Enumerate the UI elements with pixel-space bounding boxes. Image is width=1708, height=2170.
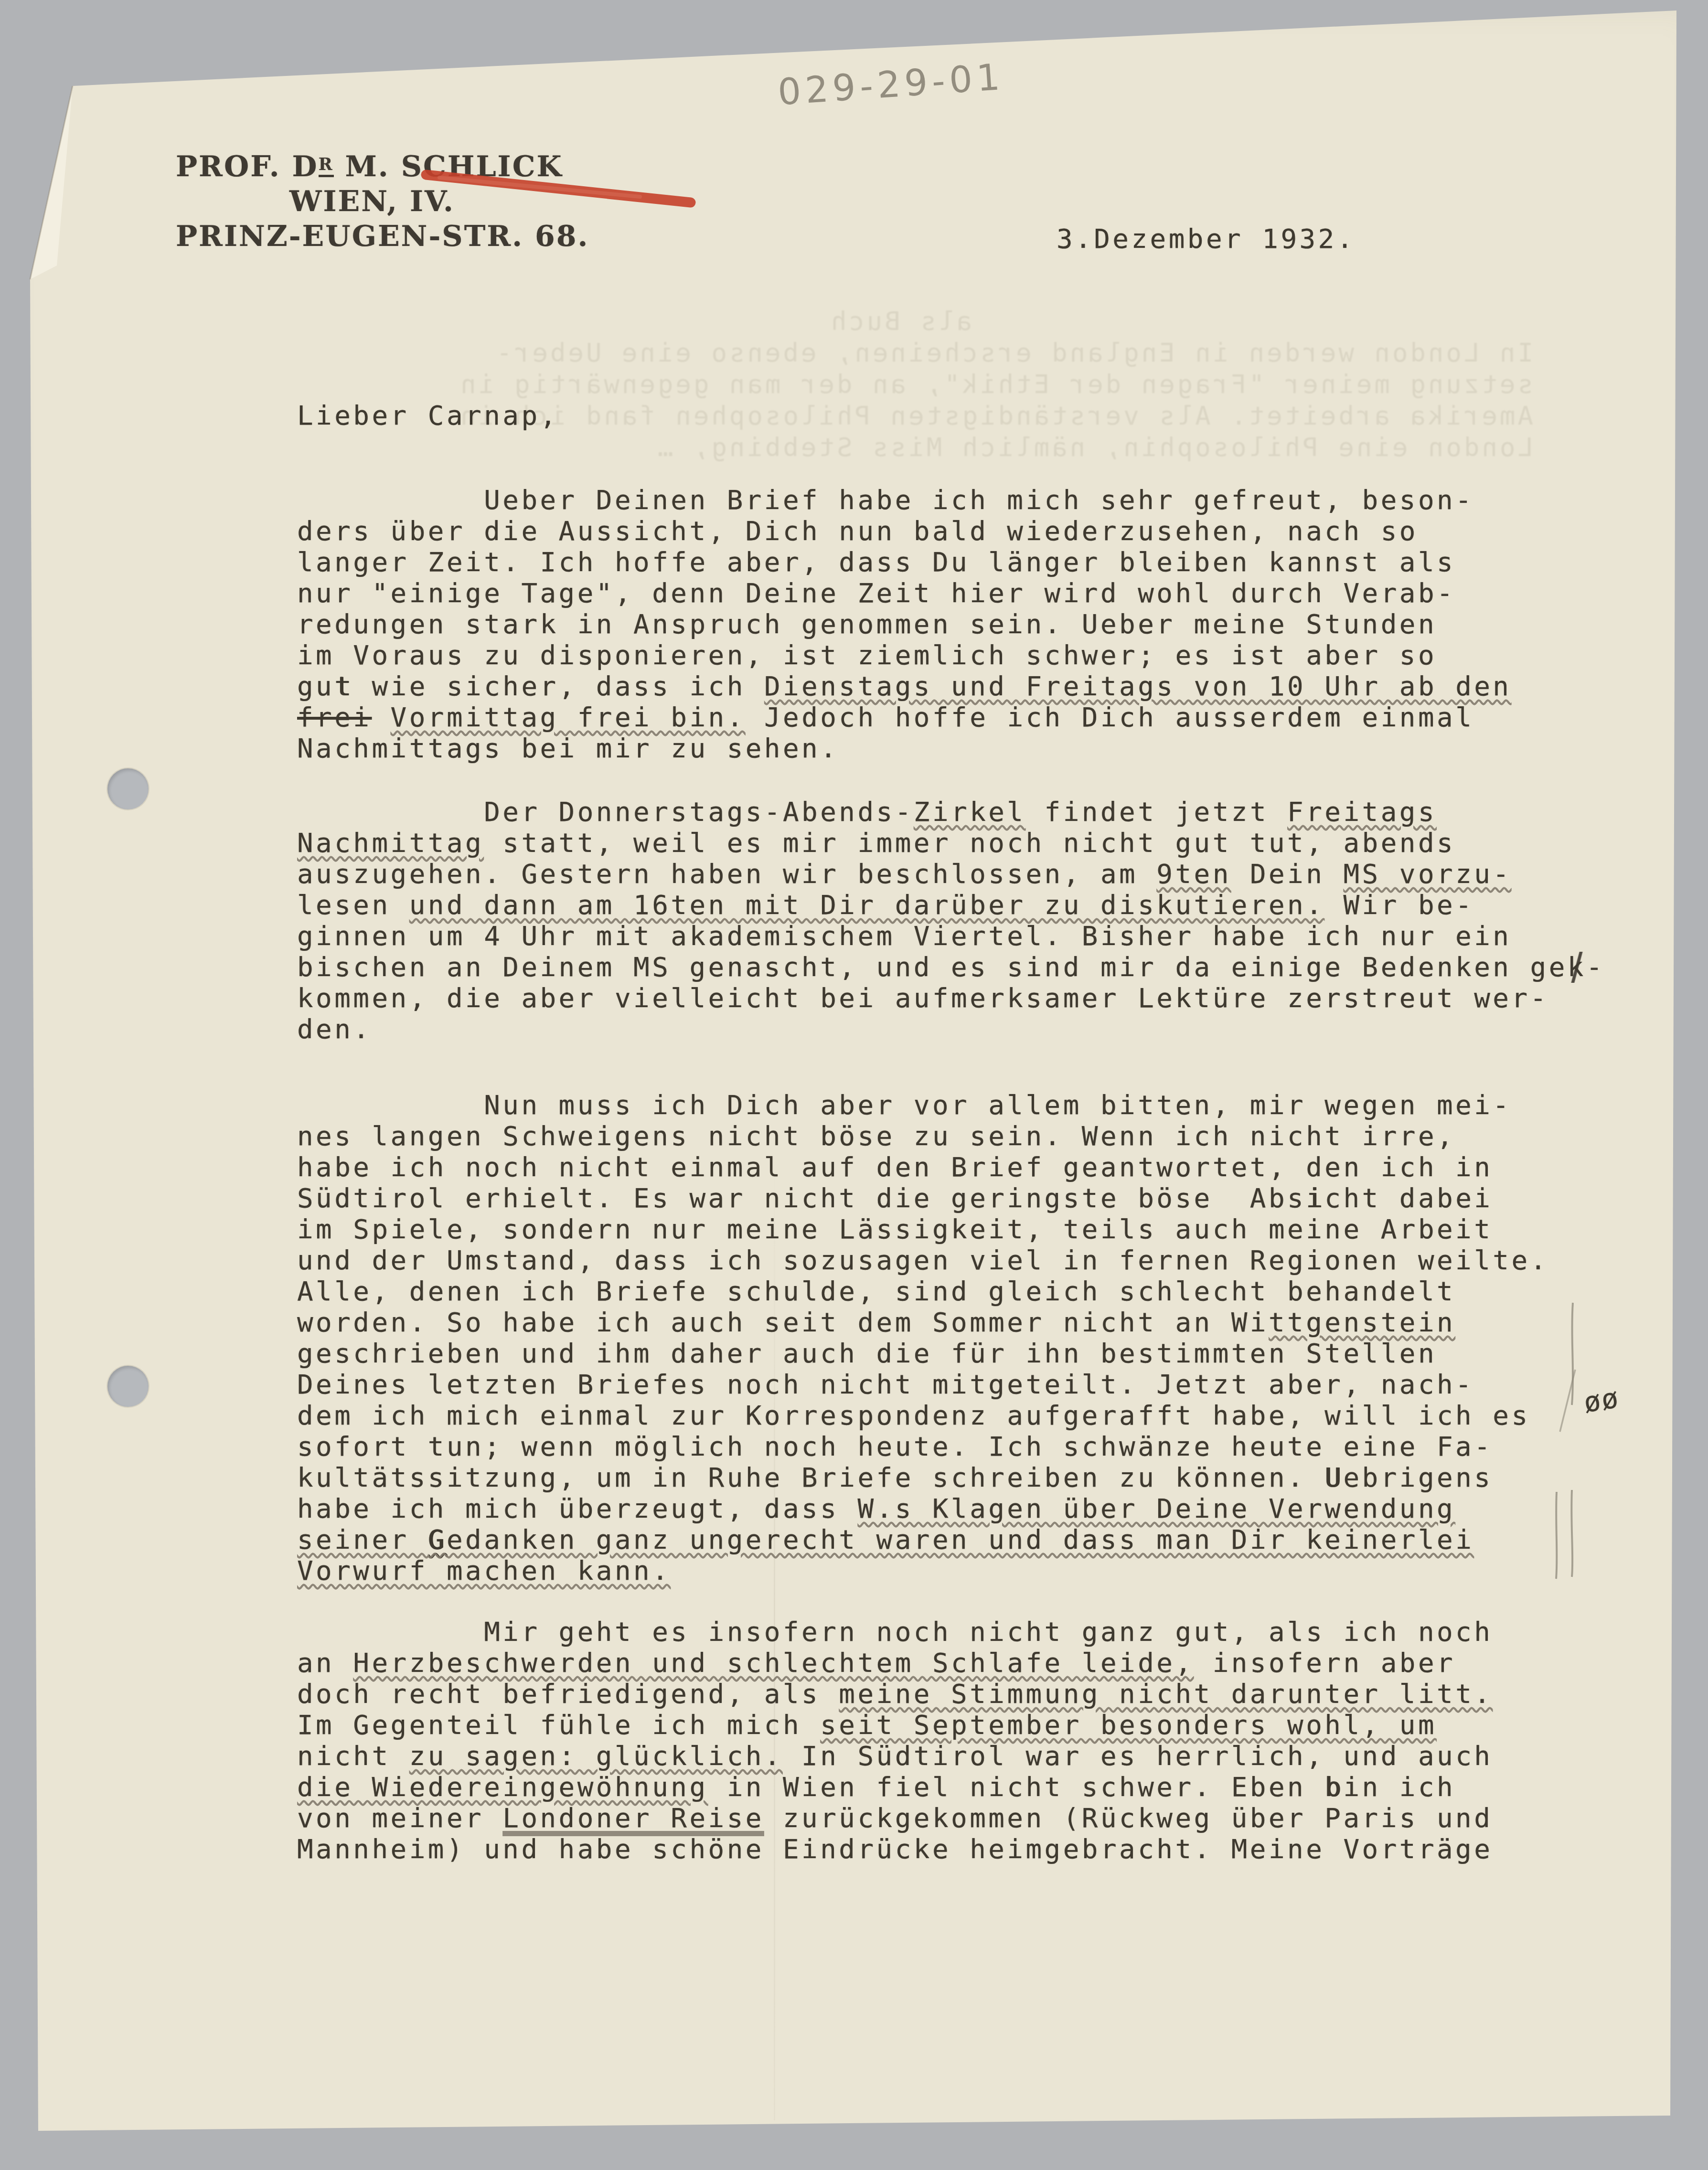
typewritten-line: auszugehen. Gestern haben wir beschlosse… (297, 859, 1605, 890)
typewritten-line: worden. So habe ich auch seit dem Sommer… (297, 1307, 1549, 1338)
typewritten-line: ginnen um 4 Uhr mit akademischem Viertel… (297, 921, 1605, 952)
margin-strikeout-chars: øø (1581, 1382, 1622, 1419)
typewritten-line: und der Umstand, dass ich sozusagen viel… (297, 1245, 1549, 1276)
letterhead: PROF. DR M. SCHLICK WIEN, IV. PRINZ-EUGE… (176, 147, 589, 254)
typewritten-line: Deines letzten Briefes noch nicht mitget… (297, 1369, 1549, 1400)
letterhead-street: PRINZ-EUGEN-STR. 68. (176, 219, 589, 254)
letterhead-superscript-r: R (319, 155, 334, 177)
typewritten-line: nur "einige Tage", denn Deine Zeit hier … (297, 578, 1511, 609)
scanned-letter-page: als BuchIn London werden in England ersc… (0, 0, 1708, 2170)
salutation: Lieber Carnap, (297, 400, 559, 431)
letterhead-city: WIEN, IV. (289, 184, 589, 219)
typewritten-line: Im Gegenteil fühle ich mich seit Septemb… (297, 1710, 1493, 1741)
typewritten-line: Nun muss ich Dich aber vor allem bitten,… (297, 1090, 1549, 1121)
typewritten-line: redungen stark in Anspruch genommen sein… (297, 609, 1511, 640)
punch-hole (107, 768, 149, 809)
paragraph: Nun muss ich Dich aber vor allem bitten,… (297, 1090, 1549, 1586)
typewritten-line: geschrieben und ihm daher auch die für i… (297, 1338, 1549, 1369)
typewritten-line: die Wiedereingewöhnung in Wien fiel nich… (297, 1772, 1493, 1803)
typewritten-line: Nachmittags bei mir zu sehen. (297, 733, 1511, 764)
typewritten-line: sofort tun; wenn möglich noch heute. Ich… (297, 1431, 1549, 1462)
typewritten-line: bischen an Deinem MS genascht, und es si… (297, 952, 1605, 983)
paragraph: Der Donnerstags-Abends-Zirkel findet jet… (297, 797, 1605, 1045)
letterhead-name: PROF. DR M. SCHLICK (176, 147, 589, 184)
typewritten-line: ders über die Aussicht, Dich nun bald wi… (297, 516, 1511, 547)
verso-bleedthrough-text: als BuchIn London werden in England ersc… (267, 306, 1533, 463)
verso-line: London eine Philosophin, nämlich Miss St… (267, 432, 1533, 463)
typewritten-line: langer Zeit. Ich hoffe aber, dass Du län… (297, 547, 1511, 578)
verso-line: In London werden in England erscheinen, … (267, 337, 1533, 369)
typewritten-line: Der Donnerstags-Abends-Zirkel findet jet… (297, 797, 1605, 828)
typewritten-line: kultätssitzung, um in Ruhe Briefe schrei… (297, 1462, 1549, 1493)
typewritten-line: Vorwurf machen kann. (297, 1555, 1549, 1586)
typewritten-line: Mannheim) und habe schöne Eindrücke heim… (297, 1834, 1493, 1865)
typewritten-line: lesen und dann am 16ten mit Dir darüber … (297, 890, 1605, 921)
typewritten-line: Nachmittag statt, weil es mir immer noch… (297, 828, 1605, 859)
verso-line: setzung meiner "Fragen der Ethik", an de… (267, 369, 1533, 400)
typewritten-line: den. (297, 1014, 1605, 1045)
typewritten-line: seiner Gedanken ganz ungerecht waren und… (297, 1524, 1549, 1555)
verso-line: als Buch (267, 306, 1533, 337)
typewritten-line: von meiner Londoner Reise zurückgekommen… (297, 1803, 1493, 1834)
typewritten-line: habe ich mich überzeugt, dass W.s Klagen… (297, 1493, 1549, 1524)
typewritten-line: im Spiele, sondern nur meine Lässigkeit,… (297, 1214, 1549, 1245)
typewritten-line: doch recht befriedigend, als meine Stimm… (297, 1679, 1493, 1710)
typewritten-line: frei Vormittag frei bin. Jedoch hoffe ic… (297, 702, 1511, 733)
punch-hole (107, 1366, 149, 1407)
typewritten-line: nicht zu sagen: glücklich. In Südtirol w… (297, 1741, 1493, 1772)
typewritten-line: nes langen Schweigens nicht böse zu sein… (297, 1121, 1549, 1152)
paragraph: Ueber Deinen Brief habe ich mich sehr ge… (297, 485, 1511, 764)
typewritten-line: Ueber Deinen Brief habe ich mich sehr ge… (297, 485, 1511, 516)
paragraph: Mir geht es insofern noch nicht ganz gut… (297, 1617, 1493, 1865)
typewritten-line: Südtirol erhielt. Es war nicht die gerin… (297, 1183, 1549, 1214)
typewritten-line: an Herzbeschwerden und schlechtem Schlaf… (297, 1648, 1493, 1679)
letter-date: 3.Dezember 1932. (1057, 223, 1356, 255)
typewritten-line: kommen, die aber vielleicht bei aufmerks… (297, 983, 1605, 1014)
typewritten-line: gut wie sicher, dass ich Dienstags und F… (297, 671, 1511, 702)
typewritten-line: Mir geht es insofern noch nicht ganz gut… (297, 1617, 1493, 1648)
typewritten-line: im Voraus zu disponieren, ist ziemlich s… (297, 640, 1511, 671)
typewritten-line: Alle, denen ich Briefe schulde, sind gle… (297, 1276, 1549, 1307)
typewritten-line: habe ich noch nicht einmal auf den Brief… (297, 1152, 1549, 1183)
typewritten-line: dem ich mich einmal zur Korrespondenz au… (297, 1400, 1549, 1431)
